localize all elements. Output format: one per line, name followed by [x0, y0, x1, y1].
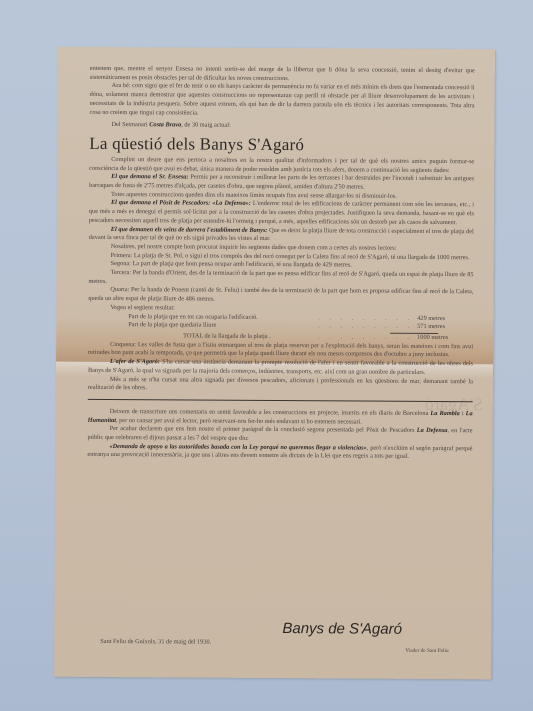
document-page: S'Agaró entenem que, mentre el senyor En…	[54, 47, 495, 680]
section-afer: L'afer de S'Agaró: S'ha cursat una instà…	[88, 358, 473, 378]
publication-name: Costa Brava	[149, 121, 181, 128]
intro-paragraph-2: Ara bé: com signi que el fet de tenir o …	[89, 82, 474, 119]
result-row: Part de la platja que quedaria lliure . …	[88, 321, 473, 332]
section-divider	[88, 399, 473, 402]
mes-paragraph: Més a més se n'ha cursat una altra signa…	[88, 375, 473, 395]
article-title: La qüestió dels Banys S'Agaró	[89, 134, 474, 156]
signature: Banys de S'Agaró	[282, 620, 402, 638]
place-date: Sant Feliu de Guíxols, 31 de maig del 19…	[100, 638, 211, 646]
printer-credit: Viader de Sant Feliu	[405, 648, 448, 654]
document-body: entenem que, mentre el senyor Ensesa no …	[87, 65, 474, 462]
source-line: Del Setmanari Costa Brava, de 30 maig ac…	[89, 121, 474, 132]
closing-quote: «Demanda de apoyo a las autoridades basa…	[87, 443, 472, 463]
section-posit: El que demana el Pòsit de Pescadors: «La…	[89, 199, 474, 227]
section-ensesa: El que demana el Sr. Ensesa: Permís per …	[89, 173, 474, 193]
point-4: Quarta: Per la banda de Ponent (cantó de…	[88, 286, 473, 306]
